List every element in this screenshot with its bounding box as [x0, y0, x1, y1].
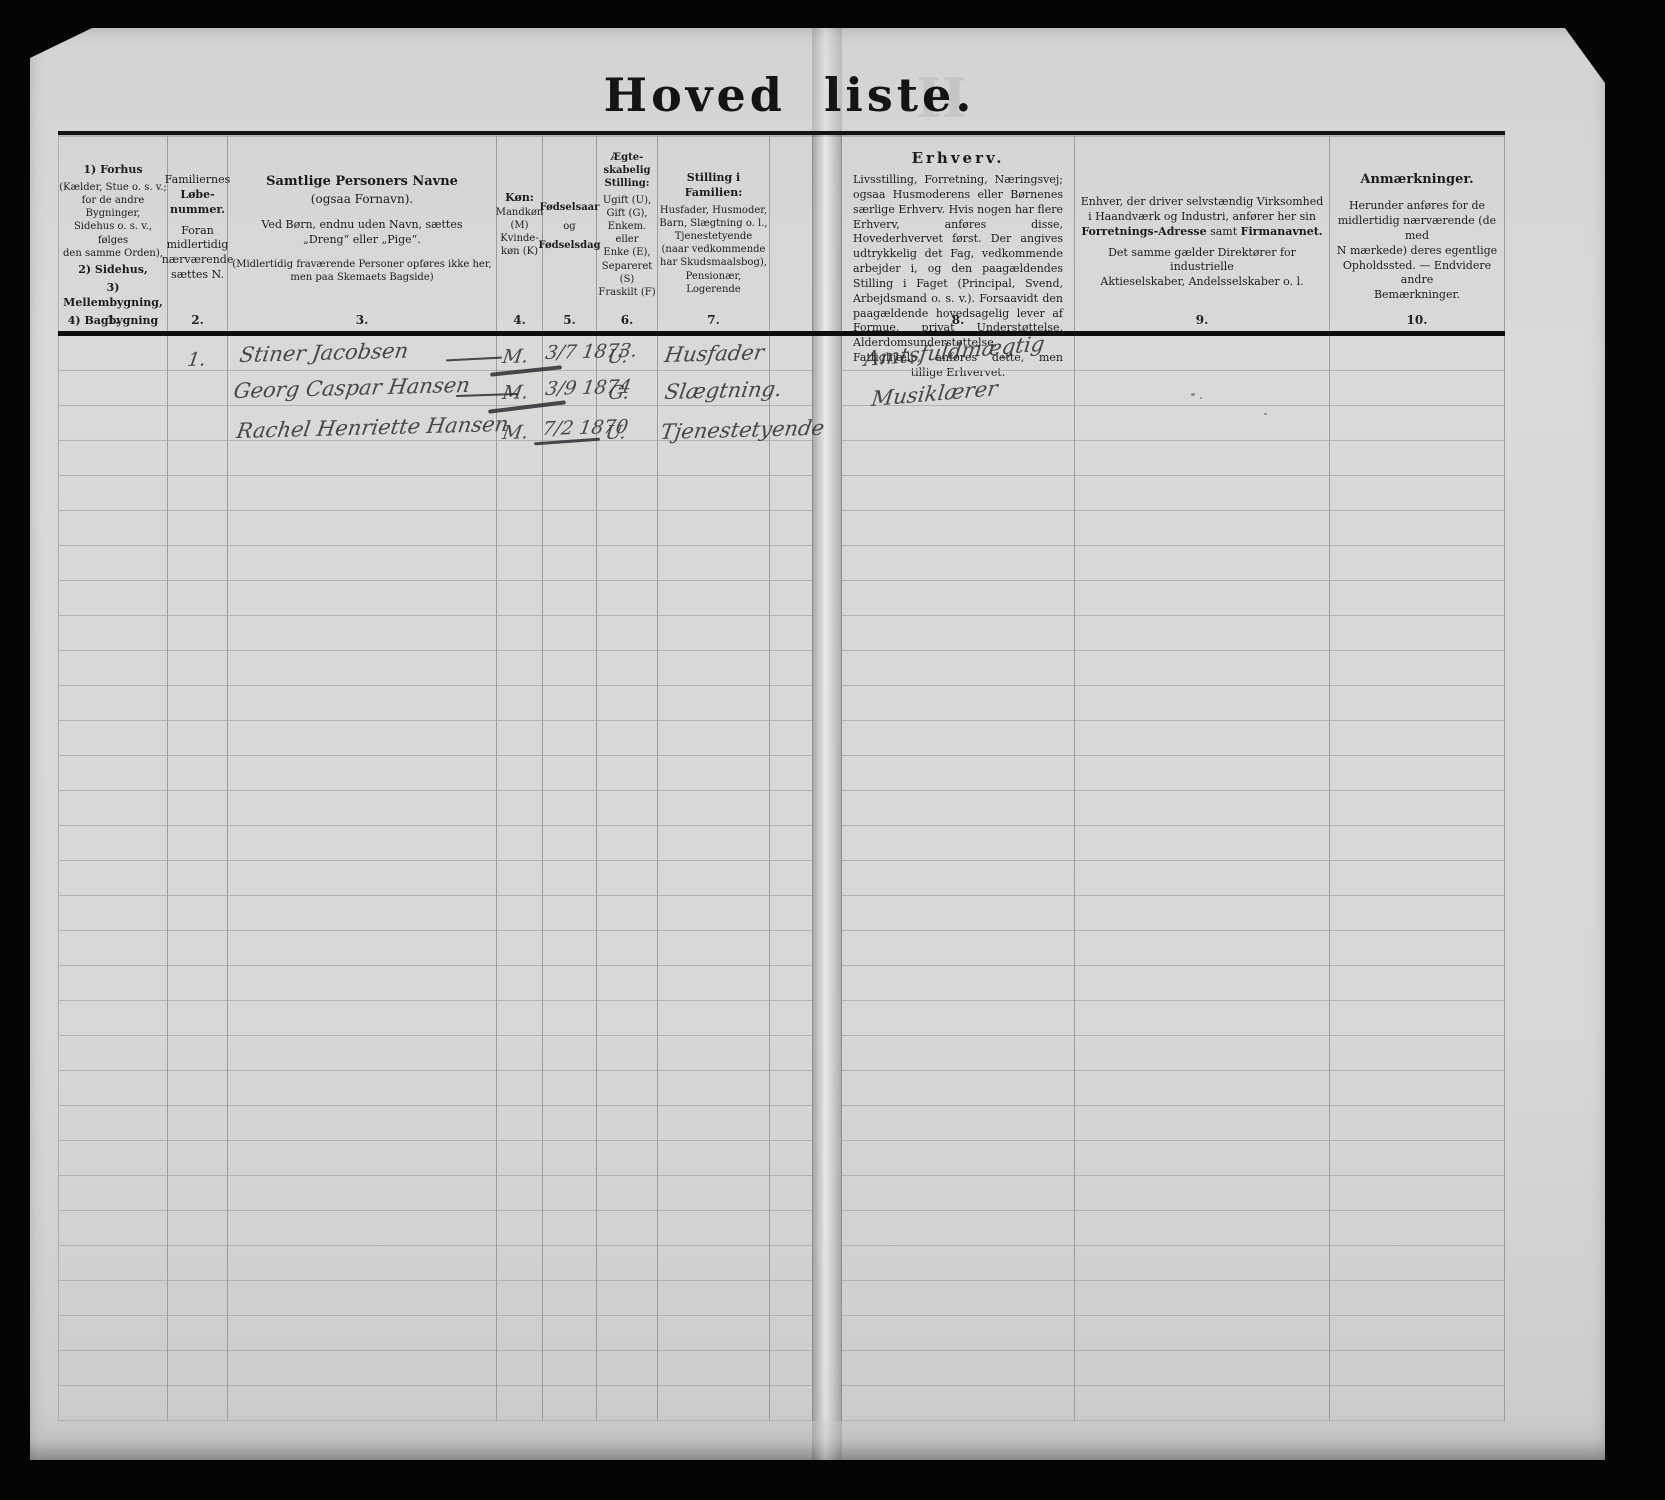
column-number: 10.	[1330, 313, 1504, 327]
header-text: Fødselsdag	[538, 239, 600, 252]
header-text: Foran midlertidig nærværende sættes N.	[162, 224, 234, 283]
header-text: i Haandværk og Industri, anfører her sin	[1088, 210, 1316, 225]
header-text: Stilling i Familien:	[658, 171, 769, 201]
header-text: 2) Sidehus,	[78, 263, 148, 278]
column-number: 6.	[597, 313, 657, 327]
column-header-buildings: 1) Forhus (Kælder, Stue o. s. v.; for de…	[58, 135, 168, 331]
table-header-row: 1) Forhus (Kælder, Stue o. s. v.; for de…	[58, 135, 1505, 331]
header-text: Køn:	[505, 191, 534, 206]
header-text: Ved Børn, endnu uden Navn, sættes „Dreng…	[262, 218, 463, 248]
column-header-business-address: Enhver, der driver selvstændig Virksomhe…	[1075, 135, 1330, 331]
column-header-family-position: Stilling i Familien: Husfader, Husmoder,…	[658, 135, 770, 331]
handwritten-family-position: Husfader	[663, 340, 766, 367]
book-gutter	[812, 135, 842, 331]
column-number: 9.	[1075, 313, 1329, 327]
header-text: Familiernes	[165, 173, 230, 188]
left-page-margin	[770, 135, 812, 331]
column-header-sex: Køn: Mandkøn (M) Kvinde- køn (K) 4.	[497, 135, 543, 331]
handwritten-family-number: 1.	[186, 349, 208, 371]
ink-speck	[1264, 413, 1267, 415]
header-text: Erhverv.	[912, 149, 1005, 167]
header-text: Fødselsaar	[540, 201, 600, 214]
column-number: 8.	[842, 313, 1074, 327]
column-number: 2.	[168, 313, 227, 327]
ink-offset-ghost: H	[916, 66, 967, 130]
header-text: (ogsaa Fornavn).	[311, 191, 413, 208]
body-column-family-number	[168, 336, 228, 1421]
column-header-birthdate: Fødselsaar og Fødselsdag 5.	[543, 135, 597, 331]
body-column-remarks	[1330, 336, 1505, 1421]
body-column-buildings	[58, 336, 168, 1421]
body-left-page-margin	[770, 336, 812, 1421]
ink-speck	[1200, 397, 1202, 399]
header-text: Forretnings-Adresse samt Firmanavnet.	[1081, 225, 1322, 240]
handwritten-marital-status: U.	[604, 421, 628, 444]
table-body	[58, 336, 1505, 1421]
column-number: 3.	[228, 313, 496, 327]
column-header-remarks: Anmærkninger. Herunder anføres for de mi…	[1330, 135, 1505, 331]
header-text: Enhver, der driver selvstændig Virksomhe…	[1081, 195, 1324, 210]
header-text: 3) Mellembygning,	[59, 281, 167, 311]
header-text: 1) Forhus	[83, 163, 142, 178]
ink-speck	[1191, 393, 1195, 396]
header-text: Mandkøn (M) Kvinde- køn (K)	[496, 206, 544, 259]
body-column-birthdate	[543, 336, 597, 1421]
header-text: Anmærkninger.	[1360, 171, 1473, 189]
body-column-business-address	[1075, 336, 1330, 1421]
column-header-names: Samtlige Personers Navne (ogsaa Fornavn)…	[228, 135, 497, 331]
title-row: Hoved liste.	[2, 68, 1577, 122]
census-table: 1) Forhus (Kælder, Stue o. s. v.; for de…	[58, 131, 1505, 1421]
header-text-bold: Forretnings-Adresse	[1081, 225, 1206, 238]
handwritten-name: Stiner Jacobsen	[238, 339, 410, 367]
column-number: 7.	[658, 313, 769, 327]
header-text: og	[563, 220, 575, 233]
header-text: (Midlertidig fraværende Personer opføres…	[232, 258, 491, 284]
handwritten-marital-status: U.	[606, 345, 630, 368]
column-header-occupation: Erhverv. Livsstilling, Forretning, Nærin…	[842, 135, 1075, 331]
handwritten-family-position: Slægtning.	[663, 377, 784, 404]
scanned-census-page: { "page": { "title": "Hoved liste." }, "…	[0, 0, 1665, 1500]
header-text-bold: Firmanavnet.	[1241, 225, 1323, 238]
handwritten-sex: M.	[501, 421, 530, 444]
body-column-names	[228, 336, 497, 1421]
column-number: 4.	[497, 313, 542, 327]
header-text: Løbe- nummer.	[170, 188, 225, 218]
column-header-family-number: Familiernes Løbe- nummer. Foran midlerti…	[168, 135, 228, 331]
header-text: Ægte- skabelig Stilling:	[604, 151, 651, 191]
handwritten-sex: M.	[501, 345, 530, 368]
column-header-marital-status: Ægte- skabelig Stilling: Ugift (U), Gift…	[597, 135, 658, 331]
header-text: Herunder anføres for de midlertidig nærv…	[1330, 199, 1504, 303]
header-text: Husfader, Husmoder, Barn, Slægtning o. l…	[658, 204, 769, 296]
body-column-occupation	[842, 336, 1075, 1421]
column-number: 5.	[543, 313, 596, 327]
body-book-gutter	[812, 336, 842, 1421]
header-text: (Kælder, Stue o. s. v.; for de andre Byg…	[59, 181, 167, 260]
header-text: Samtlige Personers Navne	[266, 173, 458, 191]
body-column-family-position	[658, 336, 770, 1421]
census-sheet: Hoved liste. H 1) Forhus (Kælder, Stue o…	[30, 28, 1605, 1460]
handwritten-marital-status: G.	[607, 381, 631, 404]
header-text: Aktieselskaber, Andelsselskaber o. l.	[1100, 275, 1303, 290]
header-text: samt	[1207, 225, 1241, 238]
header-text: Ugift (U), Gift (G), Enkem. eller Enke (…	[597, 194, 657, 300]
body-column-marital-status	[597, 336, 658, 1421]
handwritten-family-position: Tjenestetyende	[659, 416, 826, 444]
header-text: Det samme gælder Direktører for industri…	[1075, 246, 1329, 276]
body-column-sex	[497, 336, 543, 1421]
column-number: 1.	[59, 313, 167, 327]
